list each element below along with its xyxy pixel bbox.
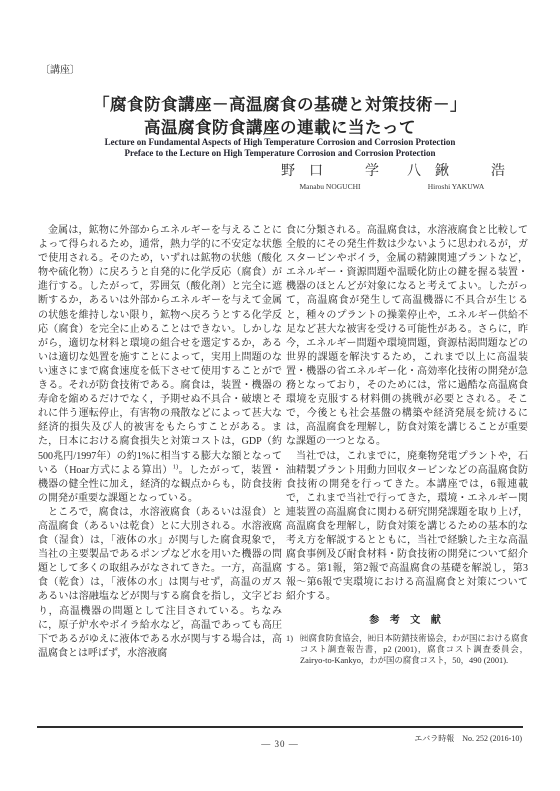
body-paragraph-continued: 食に分類される。高温腐食は，水溶液腐食と比較して全般的にその発生件数は少ないよう… — [286, 224, 528, 450]
reference-text: ㈳腐食防食協会，㈳日本防錆技術協会，わが国における腐食コスト調査報告書，p2 (… — [300, 633, 528, 667]
article-title-english-line1: Lecture on Fundamental Aspects of High T… — [0, 137, 560, 148]
body-paragraph: ところで，腐食は，水溶液腐食（あるいは湿食）と高温腐食（あるいは乾食）とに大別さ… — [38, 506, 282, 661]
author-name-romanized: Hiroshi YAKUWA — [398, 182, 514, 191]
author-block: 野 口 学 Manabu NOGUCHI — [272, 160, 388, 191]
journal-article-page: 〔講座〕 「腐食防食講座－高温腐食の基礎と対策技術－」 高温腐食防食講座の連載に… — [0, 0, 560, 791]
page-number: — 30 — — [0, 739, 560, 749]
author-block: 八 鍬 浩 Hiroshi YAKUWA — [398, 160, 514, 191]
body-paragraph: 金属は，鉱物に外部からエネルギーを与えることによって得られるため，通常，熱力学的… — [38, 224, 282, 506]
references-heading: 参 考 文 献 — [286, 614, 528, 628]
body-left-column: 金属は，鉱物に外部からエネルギーを与えることによって得られるため，通常，熱力学的… — [38, 224, 282, 661]
article-title-english-line2: Preface to the Lecture on High Temperatu… — [0, 148, 560, 159]
reference-number: 1) — [286, 633, 300, 667]
article-title-japanese-line2: 高温腐食防食講座の連載に当たって — [0, 114, 560, 138]
author-name-japanese: 八 鍬 浩 — [398, 160, 514, 180]
author-name-romanized: Manabu NOGUCHI — [272, 182, 388, 191]
category-label: 〔講座〕 — [40, 61, 80, 76]
author-name-japanese: 野 口 学 — [272, 160, 388, 180]
paragraph-text: 金属は，鉱物に外部からエネルギーを与えることによって得られるため，通常，熱力学的… — [38, 225, 282, 476]
body-paragraph: 当社では，これまでに，廃棄物発電プラントや，石油精製プラント用動力回収タービンな… — [286, 450, 528, 605]
body-right-column: 食に分類される。高温腐食は，水溶液腐食と比較して全般的にその発生件数は少ないよう… — [286, 224, 528, 667]
reference-item: 1) ㈳腐食防食協会，㈳日本防錆技術協会，わが国における腐食コスト調査報告書，p… — [286, 633, 528, 667]
footer-rule — [37, 726, 523, 728]
article-title-japanese-line1: 「腐食防食講座－高温腐食の基礎と対策技術－」 — [0, 91, 560, 115]
